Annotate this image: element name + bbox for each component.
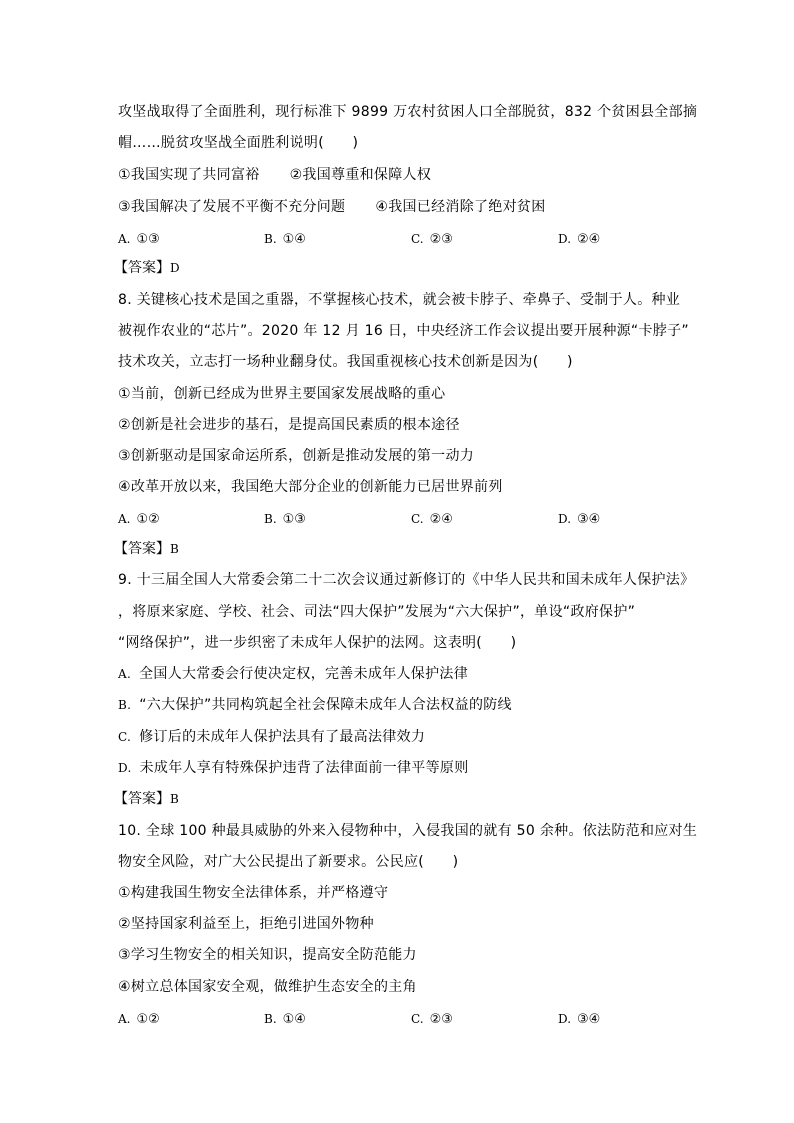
q9-option-c: C.修订后的未成年人保护法具有了最高法律效力 [118,729,425,745]
q7-item-4: ④我国已经消除了绝对贫困 [375,199,545,215]
q10-option-c: C.②③ [411,1011,453,1028]
q9-stem-line-1: 9. 十三届全国人大常委会第二十二次会议通过新修订的《中华人民共和国未成年人保护… [118,572,694,588]
q7-stem-line-1: 攻坚战取得了全面胜利，现行标准下 9899 万农村贫困人口全部脱贫，832 个贫… [118,104,697,120]
q7-option-c: C.②③ [411,231,453,248]
q9-option-b: B.“六大保护”共同构筑起全社会保障未成年人合法权益的防线 [118,697,512,713]
q8-stem-line-1: 8. 关键核心技术是国之重器，不掌握核心技术，就会被卡脖子、牵鼻子、受制于人。种… [118,292,680,308]
q7-items-row-1: ①我国实现了共同富裕②我国尊重和保障人权 [118,167,431,183]
q10-option-a: A.①② [118,1011,160,1028]
q10-item-4: ④树立总体国家安全观，做维护生态安全的主角 [118,979,417,995]
q9-stem-line-3: “网络保护”，进一步织密了未成年人保护的法网。这表明( ) [118,635,516,651]
q8-stem-line-3: 技术攻关，立志打一场种业翻身仗。我国重视核心技术创新是因为( ) [118,354,573,370]
q9-option-a: A.全国人大常委会行使决定权，完善未成年人保护法律 [118,666,468,682]
q8-item-4: ④改革开放以来，我国绝大部分企业的创新能力已居世界前列 [118,479,503,495]
q7-answer: 【答案】D [114,260,180,276]
q7-item-3: ③我国解决了发展不平衡不充分问题 [118,199,345,215]
q8-option-a: A.①② [118,511,160,528]
q10-item-1: ①构建我国生物安全法律体系，并严格遵守 [118,885,388,901]
q8-item-1: ①当前，创新已经成为世界主要国家发展战略的重心 [118,386,445,402]
q9-answer: 【答案】B [114,791,179,807]
q10-option-b: B.①④ [264,1011,306,1028]
q8-item-3: ③创新驱动是国家命运所系，创新是推动发展的第一动力 [118,448,474,464]
q10-stem-line-1: 10. 全球 100 种最具威胁的外来入侵物种中，入侵我国的就有 50 余种。依… [118,823,697,839]
q10-item-3: ③学习生物安全的相关知识，提高安全防范能力 [118,947,417,963]
q10-item-2: ②坚持国家利益至上，拒绝引进国外物种 [118,916,374,932]
q9-option-d: D.未成年人享有特殊保护违背了法律面前一律平等原则 [118,760,469,776]
q7-items-row-2: ③我国解决了发展不平衡不充分问题④我国已经消除了绝对贫困 [118,199,546,215]
q7-option-a: A.①③ [118,231,160,248]
q10-stem-line-2: 物安全风险，对广大公民提出了新要求。公民应( ) [118,854,458,870]
q8-option-b: B.①③ [264,511,306,528]
q10-option-d: D.③④ [558,1011,600,1028]
q8-option-d: D.③④ [558,511,600,528]
q8-item-2: ②创新是社会进步的基石，是提高国民素质的根本途径 [118,417,460,433]
q7-item-1: ①我国实现了共同富裕 [118,167,260,183]
q8-answer: 【答案】B [114,541,179,557]
q7-item-2: ②我国尊重和保障人权 [290,167,432,183]
q7-option-d: D.②④ [558,231,600,248]
q7-option-b: B.①④ [264,231,306,248]
q8-stem-line-2: 被视作农业的“芯片”。2020 年 12 月 16 日，中央经济工作会议提出要开… [118,323,689,339]
q7-stem-line-2: 帽……脱贫攻坚战全面胜利说明( ) [118,135,358,151]
q8-option-c: C.②④ [411,511,453,528]
q9-stem-line-2: ，将原来家庭、学校、社会、司法“四大保护”发展为“六大保护”，单设“政府保护” [118,604,635,620]
